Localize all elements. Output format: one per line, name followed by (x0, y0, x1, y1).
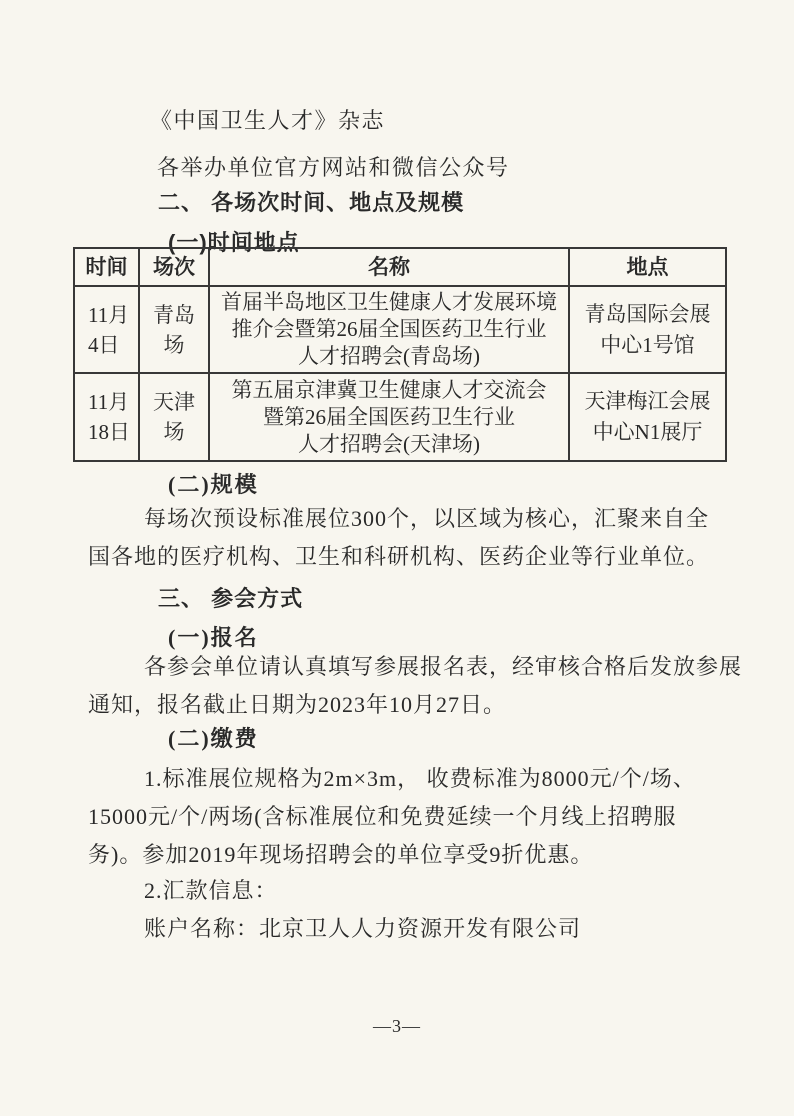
table-row: 11月 18日 天津 场 第五届京津冀卫生健康人才交流会 暨第26届全国医药卫生… (74, 373, 726, 461)
section-3-sub-2-heading: (二)缴费 (168, 722, 259, 753)
account-name-line: 账户名称：北京卫人人力资源开发有限公司 (88, 910, 581, 948)
intro-line-magazine: 《中国卫生人才》杂志 (150, 104, 385, 135)
section-3-heading: 三、 参会方式 (158, 582, 303, 613)
document-page: 《中国卫生人才》杂志 各举办单位官方网站和微信公众号 二、 各场次时间、地点及规… (0, 0, 794, 1116)
scale-paragraph: 每场次预设标准展位300个，以区域为核心，汇聚来自全 国各地的医疗机构、卫生和科… (88, 500, 709, 576)
header-name: 名称 (209, 248, 569, 286)
header-venue: 地点 (569, 248, 726, 286)
header-time: 时间 (74, 248, 139, 286)
payment-paragraph-2: 2.汇款信息： (88, 872, 278, 910)
page-number: —3— (0, 1016, 794, 1037)
section-2-heading: 二、 各场次时间、地点及规模 (158, 186, 464, 217)
cell-session: 天津 场 (139, 373, 209, 461)
table-header-row: 时间 场次 名称 地点 (74, 248, 726, 286)
intro-line-websites: 各举办单位官方网站和微信公众号 (157, 151, 510, 182)
register-paragraph: 各参会单位请认真填写参展报名表，经审核合格后发放参展 通知，报名截止日期为202… (88, 648, 742, 724)
cell-session: 青岛 场 (139, 286, 209, 373)
cell-name: 首届半岛地区卫生健康人才发展环境 推介会暨第26届全国医药卫生行业 人才招聘会(… (209, 286, 569, 373)
cell-time: 11月 18日 (74, 373, 139, 461)
cell-venue: 天津梅江会展 中心N1展厅 (569, 373, 726, 461)
section-2-sub-2-heading: (二)规模 (168, 468, 259, 499)
schedule-table: 时间 场次 名称 地点 11月 4日 青岛 场 首届半岛地区卫生健康人才发展环境… (73, 247, 727, 462)
table-row: 11月 4日 青岛 场 首届半岛地区卫生健康人才发展环境 推介会暨第26届全国医… (74, 286, 726, 373)
payment-paragraph-1: 1.标准展位规格为2m×3m， 收费标准为8000元/个/场、 15000元/个… (88, 760, 696, 874)
cell-venue: 青岛国际会展 中心1号馆 (569, 286, 726, 373)
cell-time: 11月 4日 (74, 286, 139, 373)
cell-name: 第五届京津冀卫生健康人才交流会 暨第26届全国医药卫生行业 人才招聘会(天津场) (209, 373, 569, 461)
header-session: 场次 (139, 248, 209, 286)
